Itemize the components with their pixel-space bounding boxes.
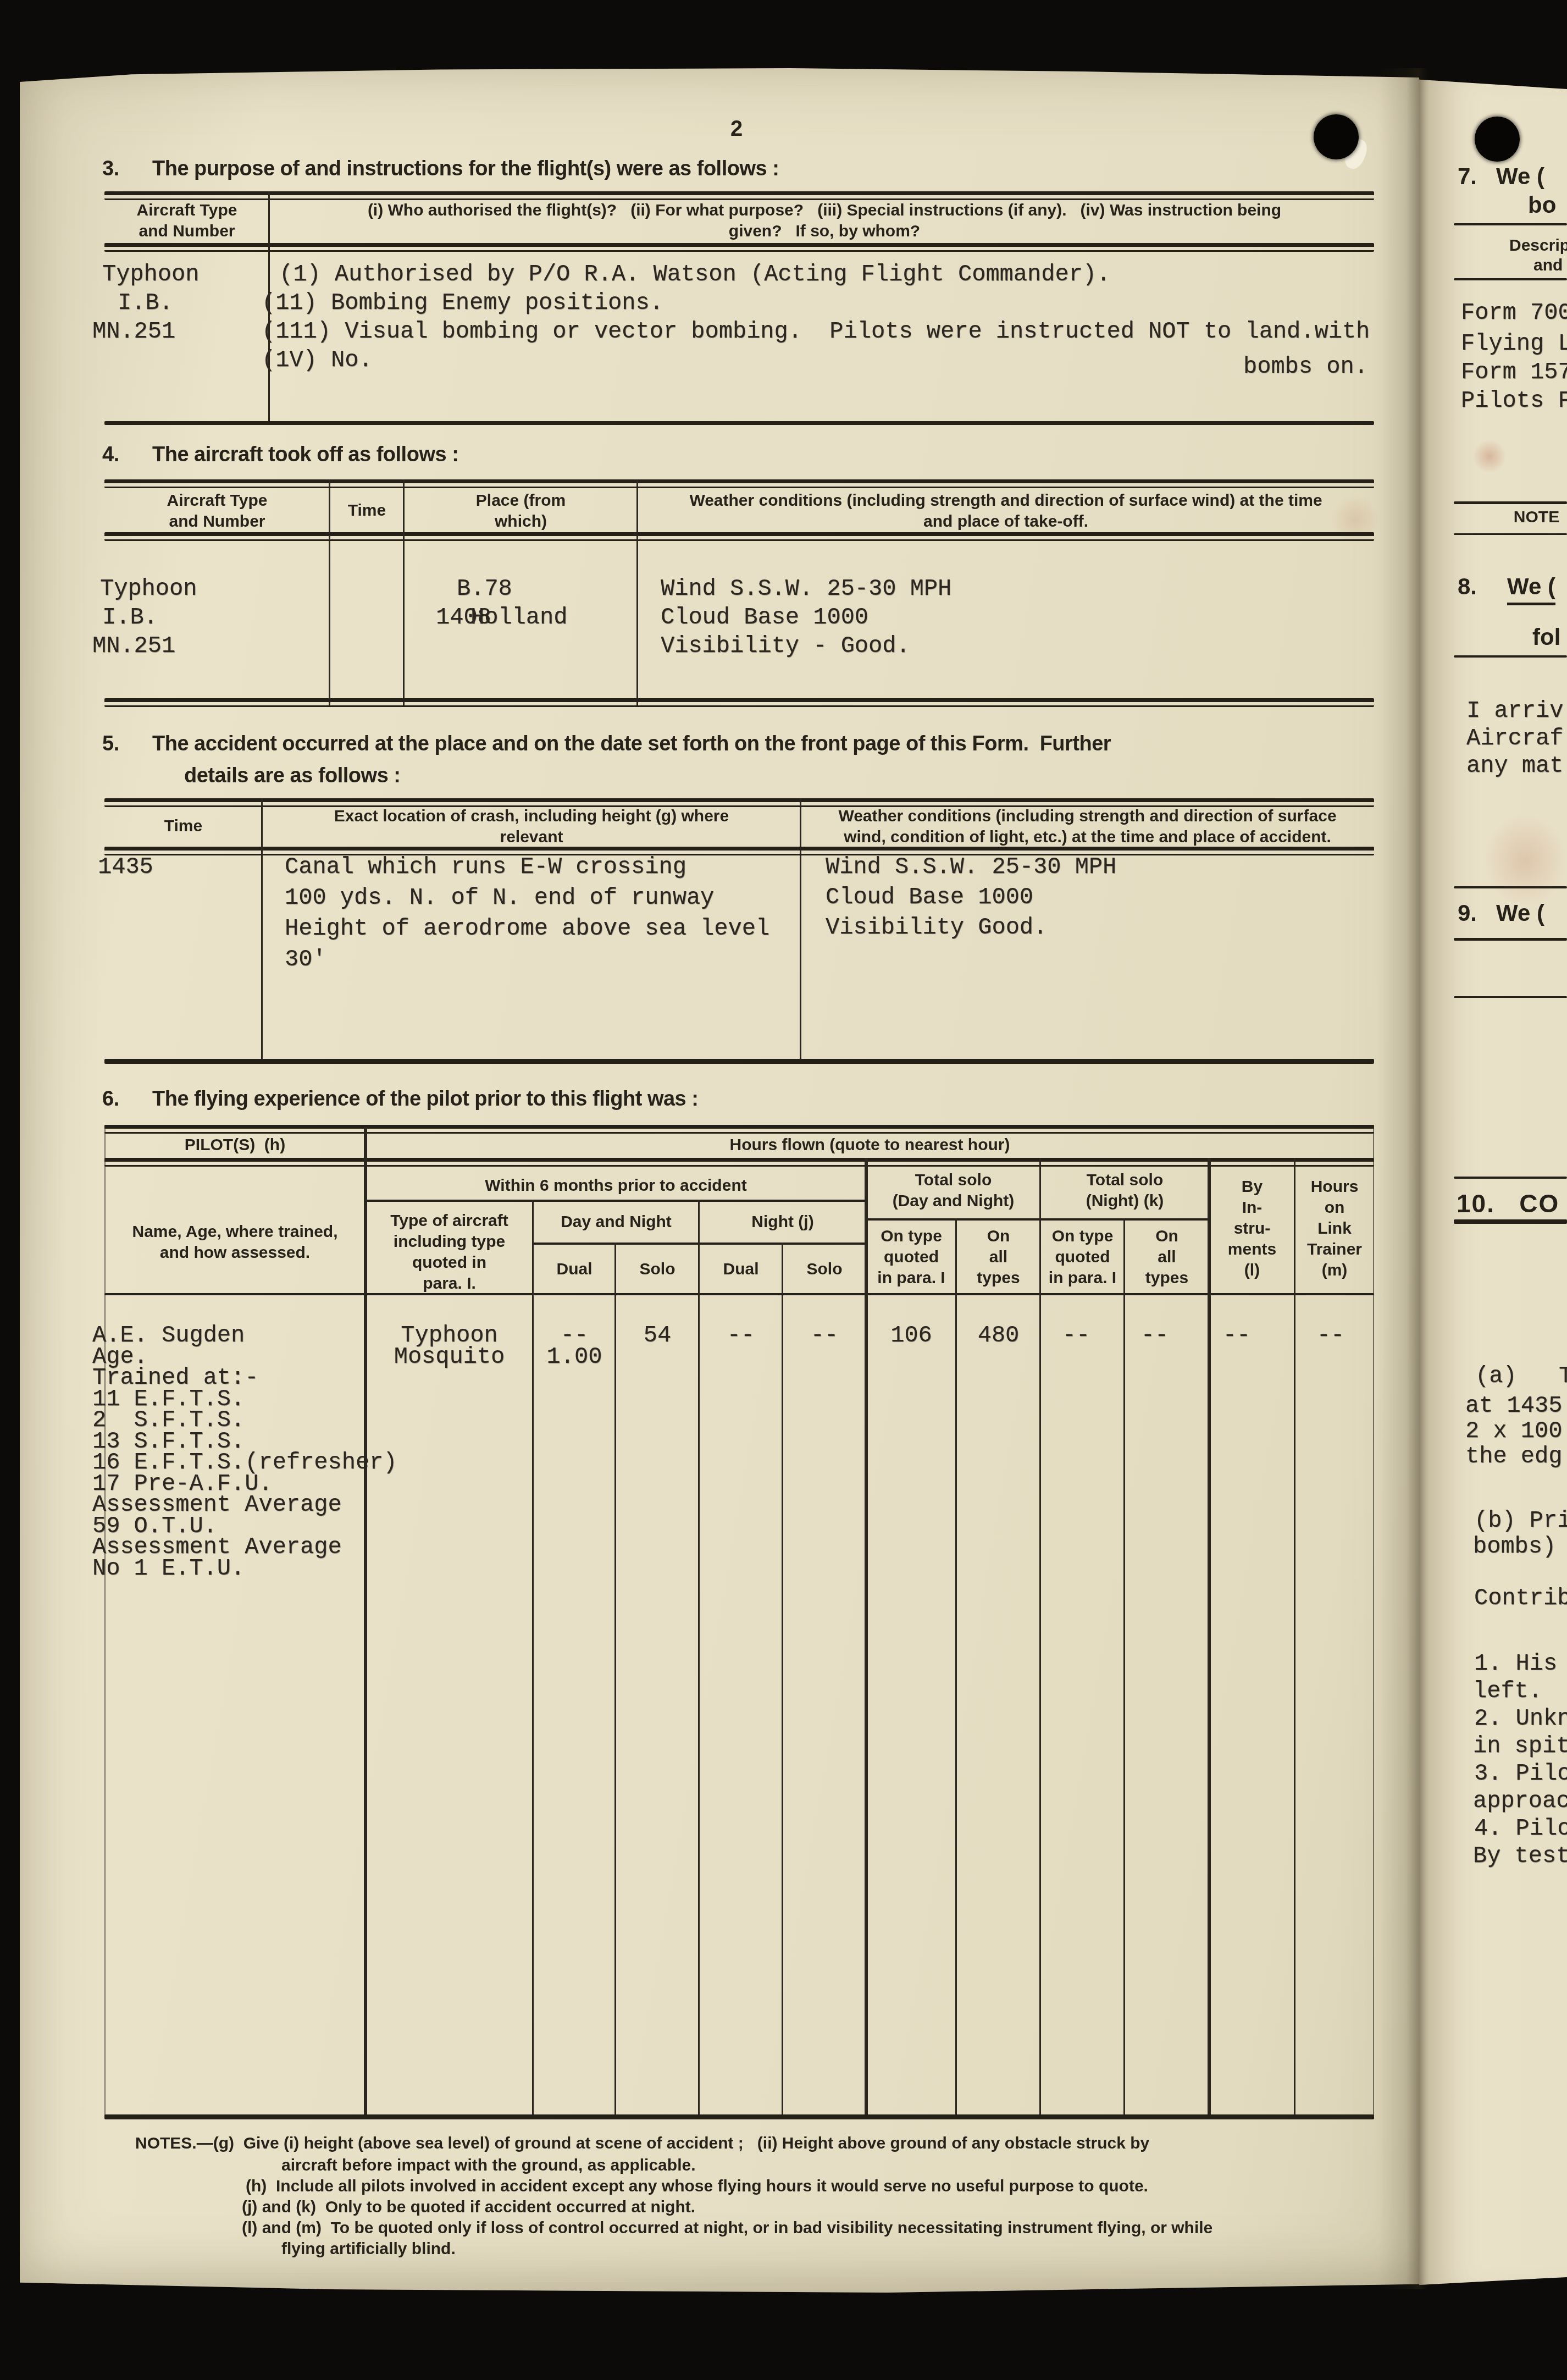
narrative-fragment: any mat [1466,754,1563,777]
right-rule [1454,533,1567,535]
crash-location-line: 100 yds. N. of N. end of runway [285,886,714,909]
table4-divider [636,479,638,706]
conclusion-a-fragment: (a) [1475,1365,1517,1388]
pilots-header: PILOT(S) (h) [104,1137,366,1153]
table6-divider-thick [865,1158,868,2117]
ontype-header: quoted [866,1249,956,1266]
table5-time-header: Time [104,818,262,835]
dual-header: Dual [533,1261,616,1278]
flight-instruction-line: (11) Bombing Enemy positions. [262,291,663,314]
ontype-header: in para. I [866,1270,956,1286]
conclusion-a-fragment: T [1559,1365,1567,1388]
contributory-item-fragment: 3. Pilo [1474,1762,1567,1785]
table4-place-header: Place (from [404,493,638,509]
section8-heading-fragment: We ( [1507,575,1555,605]
link-trainer-header: Trainer [1295,1241,1374,1258]
totalsolo-night-ontype: -- [1040,1324,1112,1347]
totalsolo-day-ontype: 106 [866,1324,956,1347]
contributory-item-fragment: left. [1473,1680,1542,1703]
table5-weather-header: wind, condition of light, etc.) at the t… [801,829,1374,846]
onall-header: types [1125,1270,1209,1286]
hours-night-dual: -- [699,1324,783,1347]
right-rule [1454,886,1567,888]
section5-heading: details are as follows : [184,765,400,786]
table6-divider [1123,1218,1125,2117]
flight-instruction-overflow: bombs on. [1243,355,1368,378]
totalsolo-day-header: (Day and Night) [866,1193,1040,1210]
hours-flown-header: Hours flown (quote to nearest hour) [366,1137,1374,1153]
section7-heading-fragment: bo [1528,194,1556,217]
solo-header: Solo [616,1261,699,1278]
table3-header-rule [104,243,1374,252]
hours-instruments: -- [1209,1324,1264,1347]
punch-hole-left [1314,114,1359,159]
by-instruments-header: stru- [1209,1221,1295,1237]
punch-hole-right [1475,117,1520,162]
right-rule [1454,501,1567,504]
experience-type: Mosquito [366,1345,533,1368]
link-trainer-header: Hours [1295,1179,1374,1195]
crash-location-line: Height of aerodrome above sea level [285,917,769,940]
right-column-header-fragment: and [1533,257,1563,274]
aircraft-type: Typhoon [100,577,197,600]
hours-dn-solo: 54 [616,1324,699,1347]
conclusion-a-fragment: the edg [1465,1445,1562,1468]
table6-divider [1294,1158,1295,2117]
onall-header: all [956,1249,1040,1266]
right-rule [1454,996,1567,998]
table6-headerbottom-rule [104,1293,1374,1295]
section6-heading: The flying experience of the pilot prior… [152,1089,698,1109]
accident-weather: Visibility Good. [826,916,1047,939]
right-rule [1454,278,1567,280]
table5-divider [800,798,801,1062]
section5-heading: The accident occurred at the place and o… [152,733,1111,754]
table4-header-rule [104,532,1374,541]
narrative-fragment: I arriv [1466,699,1563,722]
right-column-header-fragment: Descripti [1509,238,1567,254]
dualsolo-rule [533,1243,866,1245]
contributory-item-fragment: 1. His [1474,1652,1557,1675]
narrative-fragment: Aircraf [1466,727,1563,750]
table3-col1-header: and Number [104,223,269,240]
within6months-header: Within 6 months prior to accident [366,1178,866,1194]
aircraft-type: MN.251 [92,634,175,658]
note-header-fragment: NOTE [1506,509,1567,526]
accident-time: 1435 [98,855,153,879]
type-of-aircraft-header: quoted in [366,1255,533,1271]
section6-number: 6. [102,1089,119,1109]
section5-number: 5. [102,733,119,754]
section8-heading-fragment: fol [1532,626,1560,649]
table5-bottom-rule [104,1059,1374,1064]
ontype-header: On type [866,1228,956,1245]
document-list-fragment: Form 700 [1461,301,1567,324]
section8-heading-fragment: 8. [1458,575,1477,598]
table5-divider [261,798,263,1062]
contributory-item-fragment: By test [1473,1845,1567,1868]
notes-line: flying artificially blind. [281,2241,456,2257]
flight-instruction-line: (1) Authorised by P/O R.A. Watson (Actin… [279,263,1110,286]
hours-dn-dual: 1.00 [533,1345,616,1368]
section10-heading-fragment: 10. CO [1457,1191,1559,1216]
table6-edge [1373,1125,1374,2118]
onall-header: On [956,1228,1040,1245]
section3-heading: The purpose of and instructions for the … [152,158,779,179]
contributory-item-fragment: approac [1473,1790,1567,1813]
right-rule [1454,655,1567,658]
flight-instruction-line: (111) Visual bombing or vector bombing. … [262,320,1370,343]
conclusion-b-fragment: (b) Pri [1474,1509,1567,1532]
conclusion-a-fragment: 2 x 100 [1465,1420,1562,1443]
name-header: Name, Age, where trained, [104,1224,366,1240]
flight-instruction-line: (1V) No. [262,349,373,372]
notes-line: aircraft before impact with the ground, … [281,2157,696,2174]
conclusion-b-fragment: bombs) [1473,1535,1556,1558]
table3-col2-header: (i) Who authorised the flight(s)? (ii) F… [275,202,1374,219]
table6-divider-thick [364,1127,367,2117]
totalsolo-night-header: (Night) (k) [1040,1193,1209,1210]
takeoff-weather: Wind S.S.W. 25-30 MPH [661,577,951,600]
table3-top-rule [104,191,1374,200]
table4-divider [403,479,405,706]
contributory-item-fragment: 2. Unkn [1474,1707,1567,1730]
section4-number: 4. [102,444,119,465]
table3-bottom-rule [104,421,1374,425]
table6-divider [782,1243,783,2117]
table5-weather-header: Weather conditions (including strength a… [801,808,1374,825]
section3-number: 3. [102,158,119,179]
by-instruments-header: ments [1209,1241,1295,1258]
daynight-header: Day and Night [533,1214,699,1230]
document-list-fragment: Flying L [1461,332,1567,355]
within6months-rule [366,1200,866,1202]
section7-heading-fragment: 7. We ( [1458,165,1544,188]
table6-edge [104,1125,106,2118]
table4-col1-header: Aircraft Type [115,493,319,509]
accident-weather: Cloud Base 1000 [826,886,1033,909]
totalsolo-rule [866,1218,1209,1221]
document-list-fragment: Pilots F [1461,389,1567,412]
totalsolo-day-alltypes: 480 [956,1324,1040,1347]
hours-link-trainer: -- [1295,1324,1366,1347]
crash-location-line: Canal which runs E-W crossing [285,855,686,879]
right-rule [1454,1177,1567,1179]
crash-location-line: 30' [285,948,326,971]
scanned-accident-report-page: 2 3. The purpose of and instructions for… [0,0,1567,2380]
aircraft-type: MN.251 [92,320,175,343]
name-header: and how assessed. [104,1245,366,1261]
takeoff-place: Holland [470,606,567,629]
table5-top-rule [104,798,1374,807]
contributory-item-fragment: in spit [1473,1735,1567,1758]
pilot-detail-line: No 1 E.T.U. [92,1557,245,1580]
by-instruments-header: By [1209,1179,1295,1195]
section4-heading: The aircraft took off as follows : [152,444,458,465]
notes-line: NOTES.—(g) Give (i) height (above sea le… [135,2135,1149,2152]
table4-time-header: Time [330,502,404,519]
accident-weather: Wind S.S.W. 25-30 MPH [826,855,1116,879]
totalsolo-night-header: Total solo [1040,1172,1209,1189]
aircraft-type: I.B. [118,291,173,314]
table5-location-header: Exact location of crash, including heigh… [262,808,801,825]
link-trainer-header: on [1295,1200,1374,1216]
right-rule [1454,223,1567,225]
onall-header: On [1125,1228,1209,1245]
table6-top-rule [104,1125,1374,1134]
page-number: 2 [715,118,758,140]
right-rule [1454,1219,1567,1224]
link-trainer-header: Link [1295,1221,1374,1237]
table6-divider [614,1243,616,2117]
table4-weather-header: and place of take-off. [643,513,1369,530]
conclusion-a-fragment: at 1435 [1465,1394,1562,1417]
table6-divider [1039,1158,1041,2117]
table3-col1-header: Aircraft Type [104,202,269,219]
table6-subheader-rule [104,1158,1374,1167]
notes-line: (h) Include all pilots involved in accid… [246,2178,1148,2195]
takeoff-weather: Visibility - Good. [661,634,910,658]
type-of-aircraft-header: including type [366,1234,533,1250]
totalsolo-day-header: Total solo [866,1172,1040,1189]
notes-line: (l) and (m) To be quoted only if loss of… [242,2220,1212,2237]
table4-divider [329,479,330,706]
document-list-fragment: Form 157 [1461,361,1567,384]
by-instruments-header: In- [1209,1200,1295,1216]
hours-night-solo: -- [783,1324,866,1347]
night-header: Night (j) [699,1214,866,1230]
right-rule [1454,938,1567,941]
table4-top-rule [104,479,1374,488]
type-of-aircraft-header: Type of aircraft [366,1213,533,1229]
table4-bottom-rule [104,698,1374,707]
type-of-aircraft-header: para. I. [366,1275,533,1292]
takeoff-place: B.78 [457,577,512,600]
dual-header: Dual [699,1261,783,1278]
totalsolo-night-alltypes: -- [1125,1324,1185,1347]
table6-divider [955,1218,957,2117]
table4-weather-header: Weather conditions (including strength a… [643,493,1369,509]
table5-location-header: relevant [262,829,801,846]
solo-header: Solo [783,1261,866,1278]
table3-col2-header: given? If so, by whom? [275,223,1374,240]
by-instruments-header: (l) [1209,1262,1295,1279]
table6-divider-thick [1208,1158,1211,2117]
ontype-header: in para. I [1040,1270,1125,1286]
onall-header: types [956,1270,1040,1286]
contributory-fragment: Contrib [1474,1587,1567,1610]
notes-line: (j) and (k) Only to be quoted if acciden… [242,2199,695,2216]
aircraft-type: Typhoon [102,263,199,286]
aircraft-type: I.B. [102,606,158,629]
table4-place-header: which) [404,513,638,530]
section9-heading-fragment: 9. We ( [1458,902,1544,925]
ontype-header: quoted [1040,1249,1125,1266]
table4-col1-header: and Number [115,513,319,530]
table6-bottom-rule [104,2114,1374,2119]
page-fold-crease [1378,68,1429,2289]
takeoff-weather: Cloud Base 1000 [661,606,868,629]
link-trainer-header: (m) [1295,1262,1374,1279]
contributory-item-fragment: 4. Pilo [1474,1817,1567,1840]
ontype-header: On type [1040,1228,1125,1245]
onall-header: all [1125,1249,1209,1266]
